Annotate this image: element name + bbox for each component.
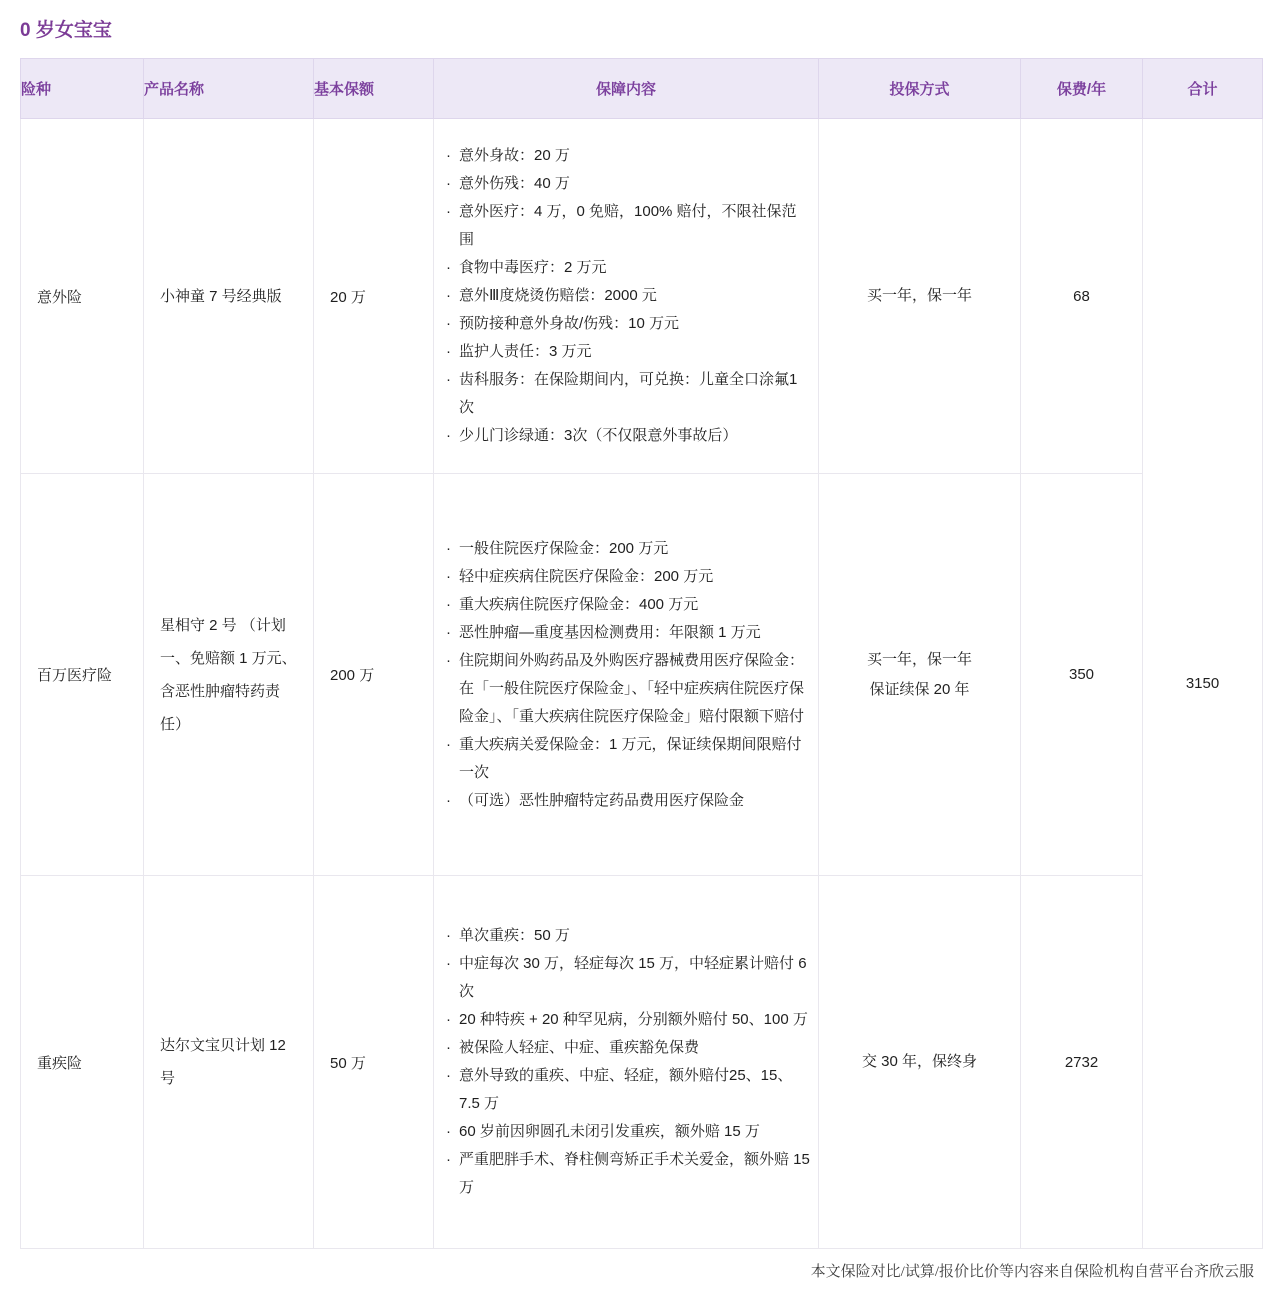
benefit-item: 中症每次 30 万，轻症每次 15 万，中轻症累计赔付 6 次 [444,950,810,1006]
benefit-item: 重大疾病住院医疗保险金：400 万元 [444,591,810,619]
application-cell: 交 30 年，保终身 [819,876,1021,1249]
premium-cell: 350 [1021,474,1143,876]
benefit-item: 恶性肿瘤—重度基因检测费用：年限额 1 万元 [444,619,810,647]
col-header-total: 合计 [1143,59,1263,119]
benefit-item: 被保险人轻症、中症、重疾豁免保费 [444,1034,810,1062]
page-title: 0 岁女宝宝 [20,18,1262,43]
col-header-premium: 保费/年 [1021,59,1143,119]
benefit-item: 意外Ⅲ度烧烫伤赔偿：2000 元 [444,282,810,310]
coverage-cell: 20 万 [314,119,434,474]
col-header-insurance-type: 险种 [21,59,144,119]
benefit-item: 严重肥胖手术、脊柱侧弯矫正手术关爱金，额外赔 15 万 [444,1146,810,1202]
benefits-list: 一般住院医疗保险金：200 万元轻中症疾病住院医疗保险金：200 万元重大疾病住… [444,535,810,815]
benefits-list: 意外身故：20 万意外伤残：40 万意外医疗：4 万，0 免赔，100% 赔付，… [444,142,810,450]
product-name-cell: 达尔文宝贝计划 12 号 [144,876,314,1249]
page-container: 0 岁女宝宝 险种 产品名称 基本保额 保障内容 投保方式 保费/年 合计 [0,0,1262,1282]
benefits-cell: 一般住院医疗保险金：200 万元轻中症疾病住院医疗保险金：200 万元重大疾病住… [434,474,819,876]
premium-cell: 68 [1021,119,1143,474]
insurance-type-cell: 百万医疗险 [21,474,144,876]
coverage-cell: 200 万 [314,474,434,876]
col-header-product-name: 产品名称 [144,59,314,119]
benefit-item: 单次重疾：50 万 [444,922,810,950]
coverage-cell: 50 万 [314,876,434,1249]
product-name-cell: 星相守 2 号 （计划一、免赔额 1 万元、含恶性肿瘤特药责任） [144,474,314,876]
col-header-base-coverage: 基本保额 [314,59,434,119]
benefit-item: 轻中症疾病住院医疗保险金：200 万元 [444,563,810,591]
benefit-item: 住院期间外购药品及外购医疗器械费用医疗保险金：在「一般住院医疗保险金」、「轻中症… [444,647,810,731]
benefit-item: 食物中毒医疗：2 万元 [444,254,810,282]
benefit-item: 少儿门诊绿通：3次（不仅限意外事故后） [444,422,810,450]
application-cell: 买一年，保一年保证续保 20 年 [819,474,1021,876]
table-row-critical-illness: 重疾险 达尔文宝贝计划 12 号 50 万 单次重疾：50 万中症每次 30 万… [21,876,1263,1249]
header-row: 险种 产品名称 基本保额 保障内容 投保方式 保费/年 合计 [21,59,1263,119]
product-name-cell: 小神童 7 号经典版 [144,119,314,474]
application-line: 买一年，保一年 [829,281,1010,311]
insurance-type-cell: 意外险 [21,119,144,474]
benefit-item: 20 种特疾 + 20 种罕见病，分别额外赔付 50、100 万 [444,1006,810,1034]
table-row-medical: 百万医疗险 星相守 2 号 （计划一、免赔额 1 万元、含恶性肿瘤特药责任） 2… [21,474,1263,876]
col-header-benefits: 保障内容 [434,59,819,119]
comparison-table: 险种 产品名称 基本保额 保障内容 投保方式 保费/年 合计 意外险 小神童 7… [20,58,1263,1249]
premium-cell: 2732 [1021,876,1143,1249]
table-row-accident: 意外险 小神童 7 号经典版 20 万 意外身故：20 万意外伤残：40 万意外… [21,119,1263,474]
disclaimer-text: 本文保险对比/试算/报价比价等内容来自保险机构自营平台齐欣云服 [20,1262,1262,1282]
benefit-item: 预防接种意外身故/伤残：10 万元 [444,310,810,338]
insurance-type-cell: 重疾险 [21,876,144,1249]
benefits-cell: 意外身故：20 万意外伤残：40 万意外医疗：4 万，0 免赔，100% 赔付，… [434,119,819,474]
benefit-item: 重大疾病关爱保险金：1 万元，保证续保期间限赔付一次 [444,731,810,787]
benefits-cell: 单次重疾：50 万中症每次 30 万，轻症每次 15 万，中轻症累计赔付 6 次… [434,876,819,1249]
application-line: 买一年，保一年 [829,645,1010,675]
application-line: 保证续保 20 年 [829,675,1010,705]
benefit-item: 意外医疗：4 万，0 免赔，100% 赔付，不限社保范围 [444,198,810,254]
benefit-item: 意外伤残：40 万 [444,170,810,198]
benefit-item: 监护人责任：3 万元 [444,338,810,366]
benefits-list: 单次重疾：50 万中症每次 30 万，轻症每次 15 万，中轻症累计赔付 6 次… [444,922,810,1202]
col-header-application: 投保方式 [819,59,1021,119]
benefit-item: 60 岁前因卵圆孔未闭引发重疾，额外赔 15 万 [444,1118,810,1146]
benefit-item: 齿科服务：在保险期间内，可兑换：儿童全口涂氟1次 [444,366,810,422]
application-cell: 买一年，保一年 [819,119,1021,474]
benefit-item: 一般住院医疗保险金：200 万元 [444,535,810,563]
benefit-item: （可选）恶性肿瘤特定药品费用医疗保险金 [444,787,810,815]
total-cell: 3150 [1143,119,1263,1249]
benefit-item: 意外导致的重疾、中症、轻症，额外赔付25、15、7.5 万 [444,1062,810,1118]
benefit-item: 意外身故：20 万 [444,142,810,170]
application-line: 交 30 年，保终身 [829,1047,1010,1077]
